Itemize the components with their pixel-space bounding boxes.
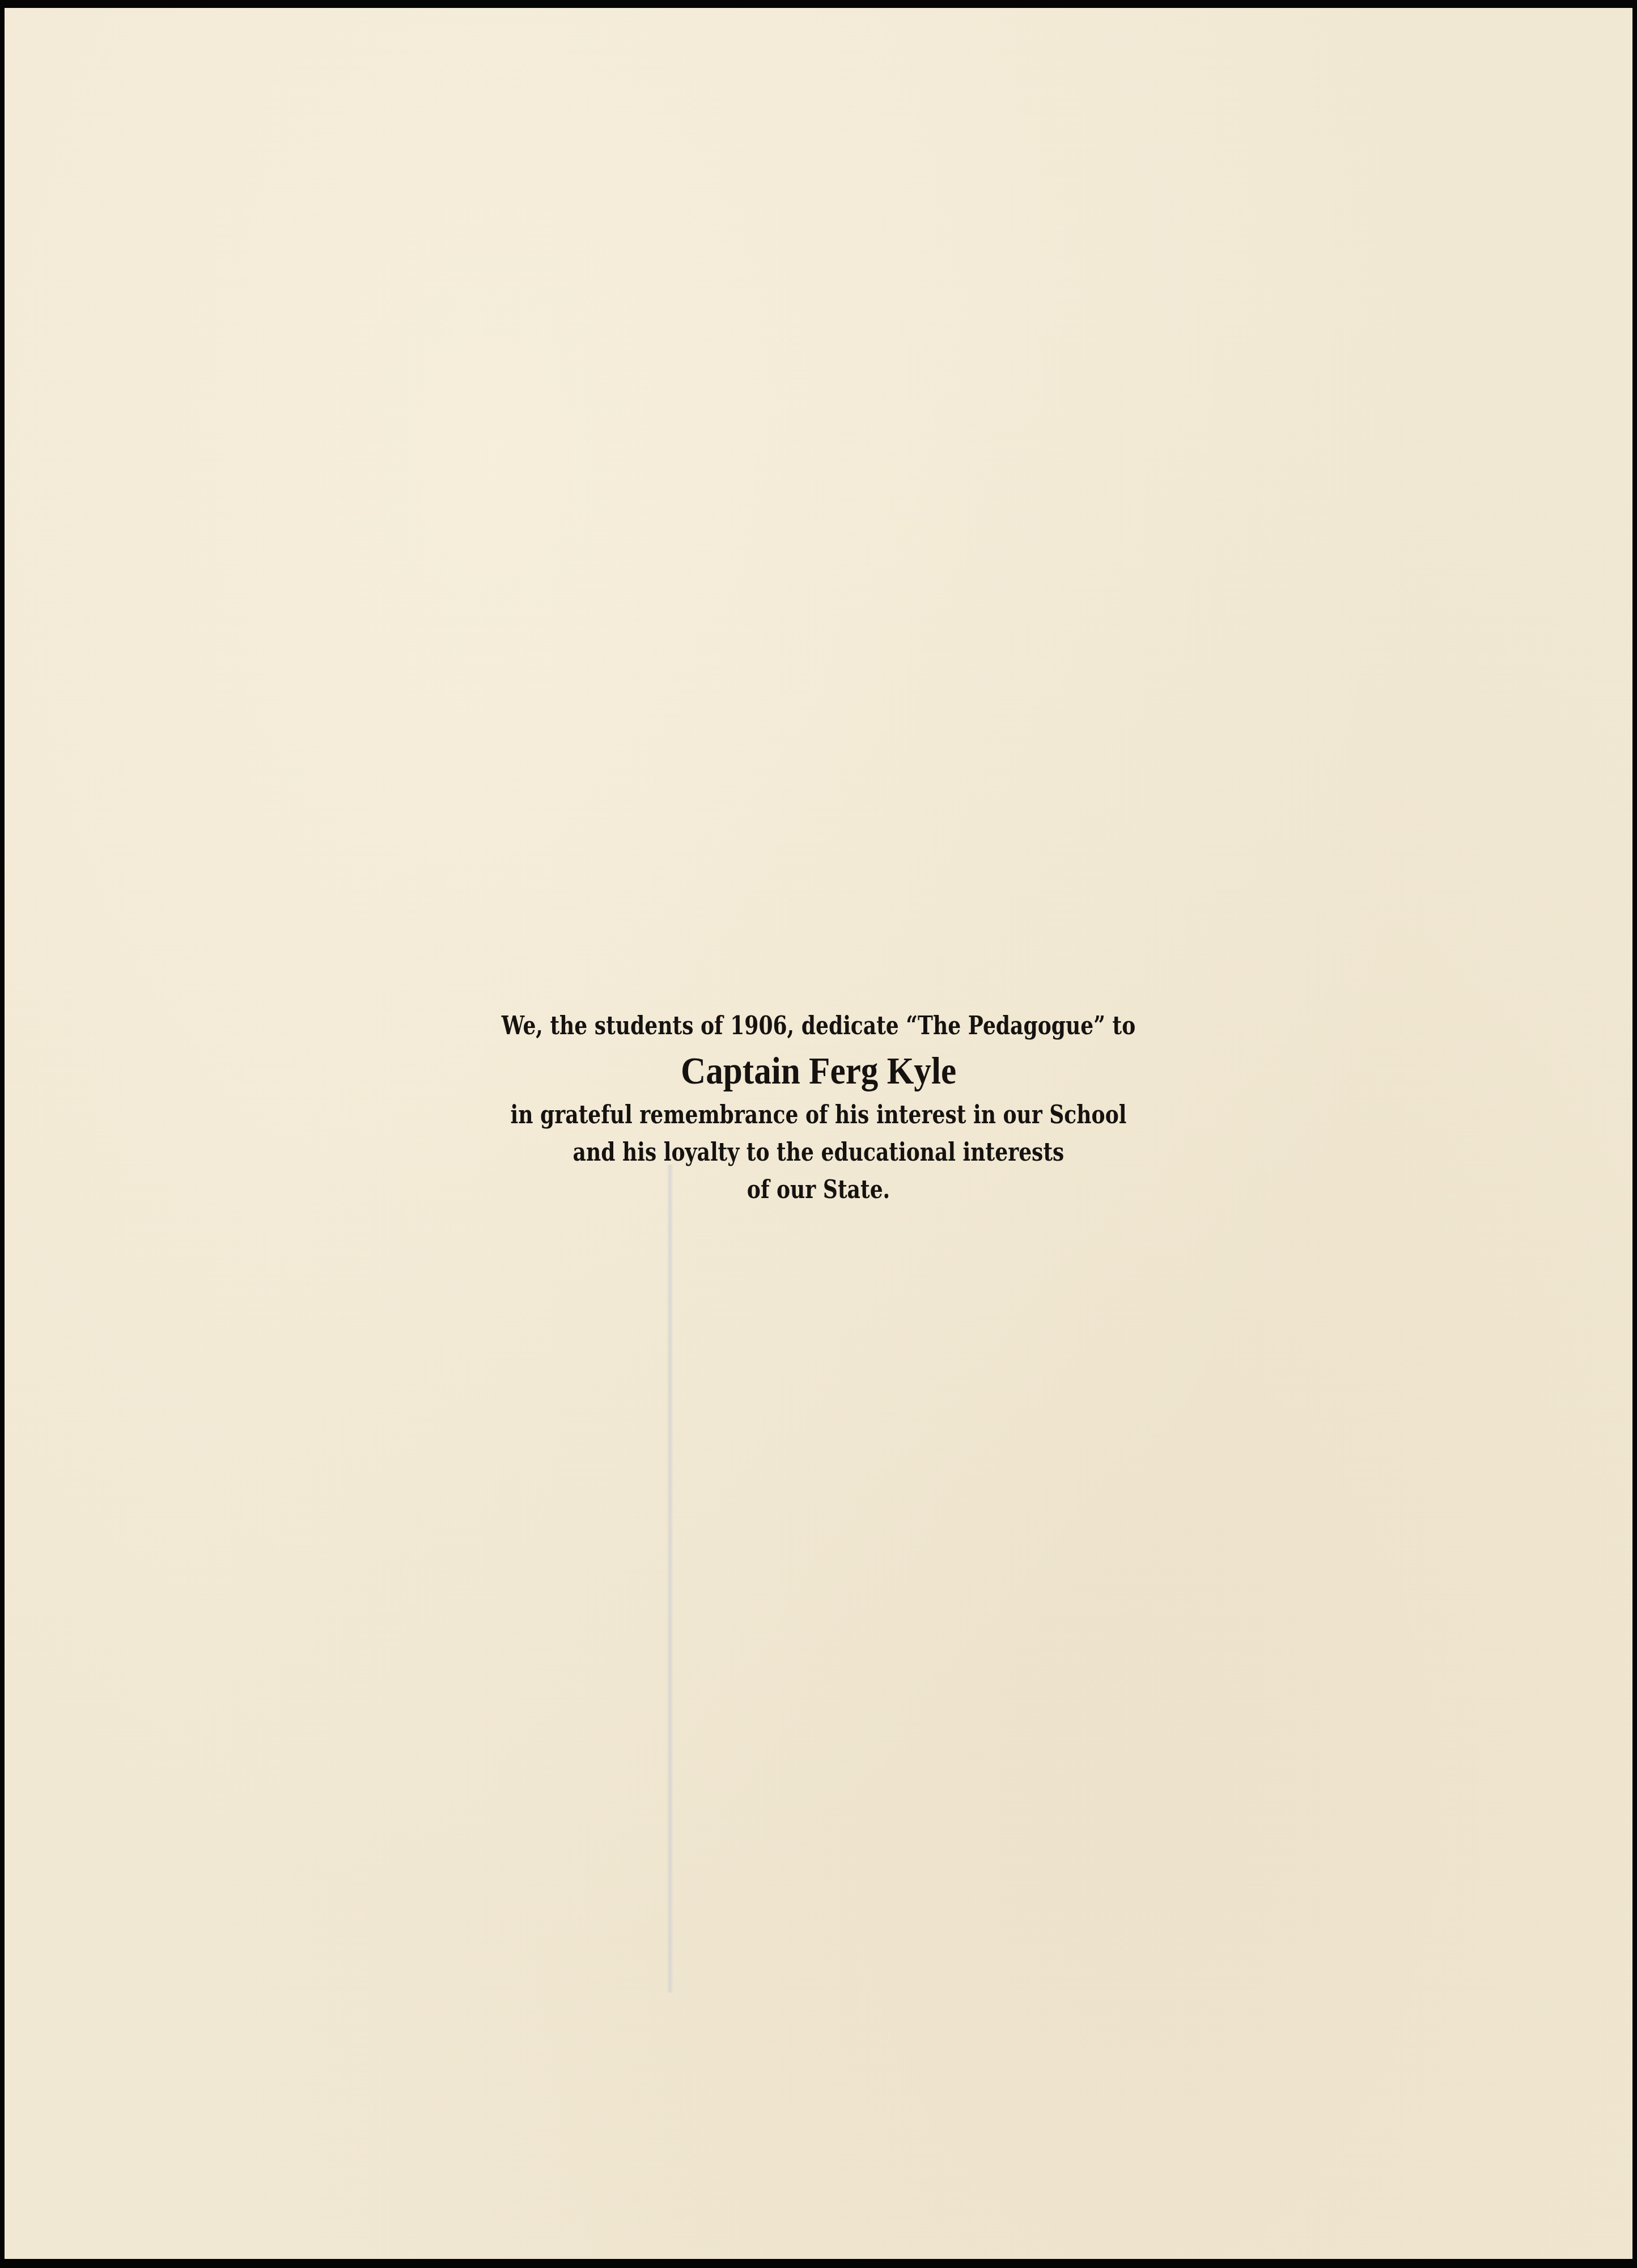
honoree-name: Captain Ferg Kyle <box>82 1047 1555 1094</box>
dedication-line-1: in grateful remembrance of his interest … <box>147 1097 1490 1134</box>
scan-border: We, the students of 1906, dedicate “The … <box>0 0 1637 2268</box>
dedication-intro: We, the students of 1906, dedicate “The … <box>147 1009 1490 1043</box>
dedication-line-2: and his loyalty to the educational inter… <box>147 1134 1490 1171</box>
dedication-line-3: of our State. <box>147 1171 1490 1209</box>
dedication-block: We, the students of 1906, dedicate “The … <box>0 1009 1637 1209</box>
paper-crease <box>667 1165 673 1992</box>
